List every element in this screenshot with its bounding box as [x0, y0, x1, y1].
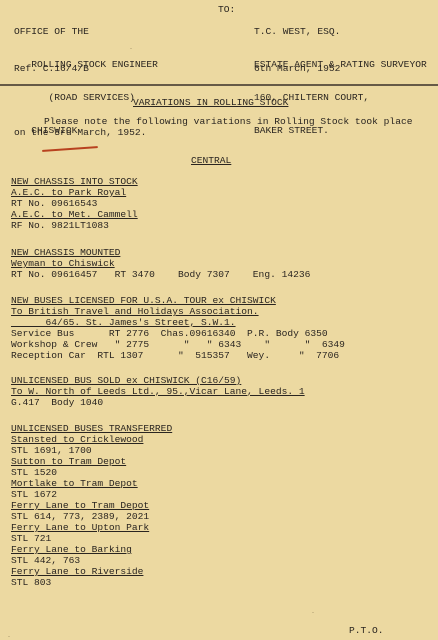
section-line: Mortlake to Tram Depot	[11, 478, 172, 489]
recipient-block: T.C. WEST, ESQ. ESTATE AGENT & RATING SU…	[254, 4, 427, 158]
sender-line: OFFICE OF THE	[14, 26, 158, 37]
reference-number: Ref. C.16/4/B	[14, 63, 89, 74]
intro-text-line-2: on the 3rd March, 1952.	[14, 127, 146, 138]
section-line: RT No. 09616457 RT 3470 Body 7307 Eng. 1…	[11, 269, 310, 280]
section-line: Service Bus RT 2776 Chas.09616340 P.R. B…	[11, 328, 345, 339]
section-line: STL 1672	[11, 489, 172, 500]
section-line: STL 803	[11, 577, 172, 588]
section-line: To W. North of Leeds Ltd., 95.,Vicar Lan…	[11, 386, 305, 397]
section-line: Stansted to Cricklewood	[11, 434, 172, 445]
section-heading: NEW CHASSIS INTO STOCK	[11, 176, 138, 187]
section-line: STL 721	[11, 533, 172, 544]
to-label: TO:	[218, 4, 235, 15]
please-turn-over: P.T.O.	[349, 625, 384, 636]
paper-speck	[130, 48, 132, 49]
header-divider	[0, 84, 438, 86]
section-line: STL 1520	[11, 467, 172, 478]
document-title: VARIATIONS IN ROLLING STOCK	[133, 97, 288, 108]
section-heading: NEW CHASSIS MOUNTED	[11, 247, 310, 258]
section-unlicensed-bus-sold: UNLICENSED BUS SOLD ex CHISWICK (C16/59)…	[11, 375, 305, 408]
section-line: 64/65. St. James's Street, S.W.1.	[11, 317, 345, 328]
section-line: Weyman to Chiswick	[11, 258, 310, 269]
region-heading: CENTRAL	[191, 155, 231, 166]
memo-page: OFFICE OF THE ROLLING STOCK ENGINEER (RO…	[0, 0, 438, 640]
section-line: Workshop & Crew " 2775 " " 6343 " " 6349	[11, 339, 345, 350]
intro-text-line-1: Please note the following variations in …	[44, 116, 412, 127]
recipient-line: T.C. WEST, ESQ.	[254, 26, 427, 37]
section-usa-tour: NEW BUSES LICENSED FOR U.S.A. TOUR ex CH…	[11, 295, 345, 361]
section-line: Ferry Lane to Tram Depot	[11, 500, 172, 511]
section-line: STL 1691, 1700	[11, 445, 172, 456]
section-line: To British Travel and Holidays Associati…	[11, 306, 345, 317]
letter-date: 6th March, 1952	[254, 63, 340, 74]
section-line: G.417 Body 1040	[11, 397, 305, 408]
section-heading: UNLICENSED BUSES TRANSFERRED	[11, 423, 172, 434]
section-unlicensed-transferred: UNLICENSED BUSES TRANSFERRED Stansted to…	[11, 423, 172, 588]
section-line: Sutton to Tram Depot	[11, 456, 172, 467]
section-heading: NEW BUSES LICENSED FOR U.S.A. TOUR ex CH…	[11, 295, 345, 306]
section-line: A.E.C. to Met. Cammell	[11, 209, 138, 220]
section-line: RT No. 09616543	[11, 198, 138, 209]
paper-speck	[312, 612, 314, 613]
section-line: Reception Car RTL 1307 " 515357 Wey. " 7…	[11, 350, 345, 361]
paper-speck	[8, 636, 10, 637]
section-line: A.E.C. to Park Royal	[11, 187, 138, 198]
paper-speck	[300, 70, 302, 71]
section-line: Ferry Lane to Riverside	[11, 566, 172, 577]
section-line: STL 614, 773, 2389, 2021	[11, 511, 172, 522]
section-line: Ferry Lane to Barking	[11, 544, 172, 555]
section-new-chassis-mounted: NEW CHASSIS MOUNTED Weyman to Chiswick R…	[11, 247, 310, 280]
section-heading: UNLICENSED BUS SOLD ex CHISWICK (C16/59)	[11, 375, 305, 386]
section-line: RF No. 9821LT1083	[11, 220, 138, 231]
section-line: Ferry Lane to Upton Park	[11, 522, 172, 533]
section-new-chassis-into-stock: NEW CHASSIS INTO STOCK A.E.C. to Park Ro…	[11, 176, 138, 231]
section-line: STL 442, 763	[11, 555, 172, 566]
